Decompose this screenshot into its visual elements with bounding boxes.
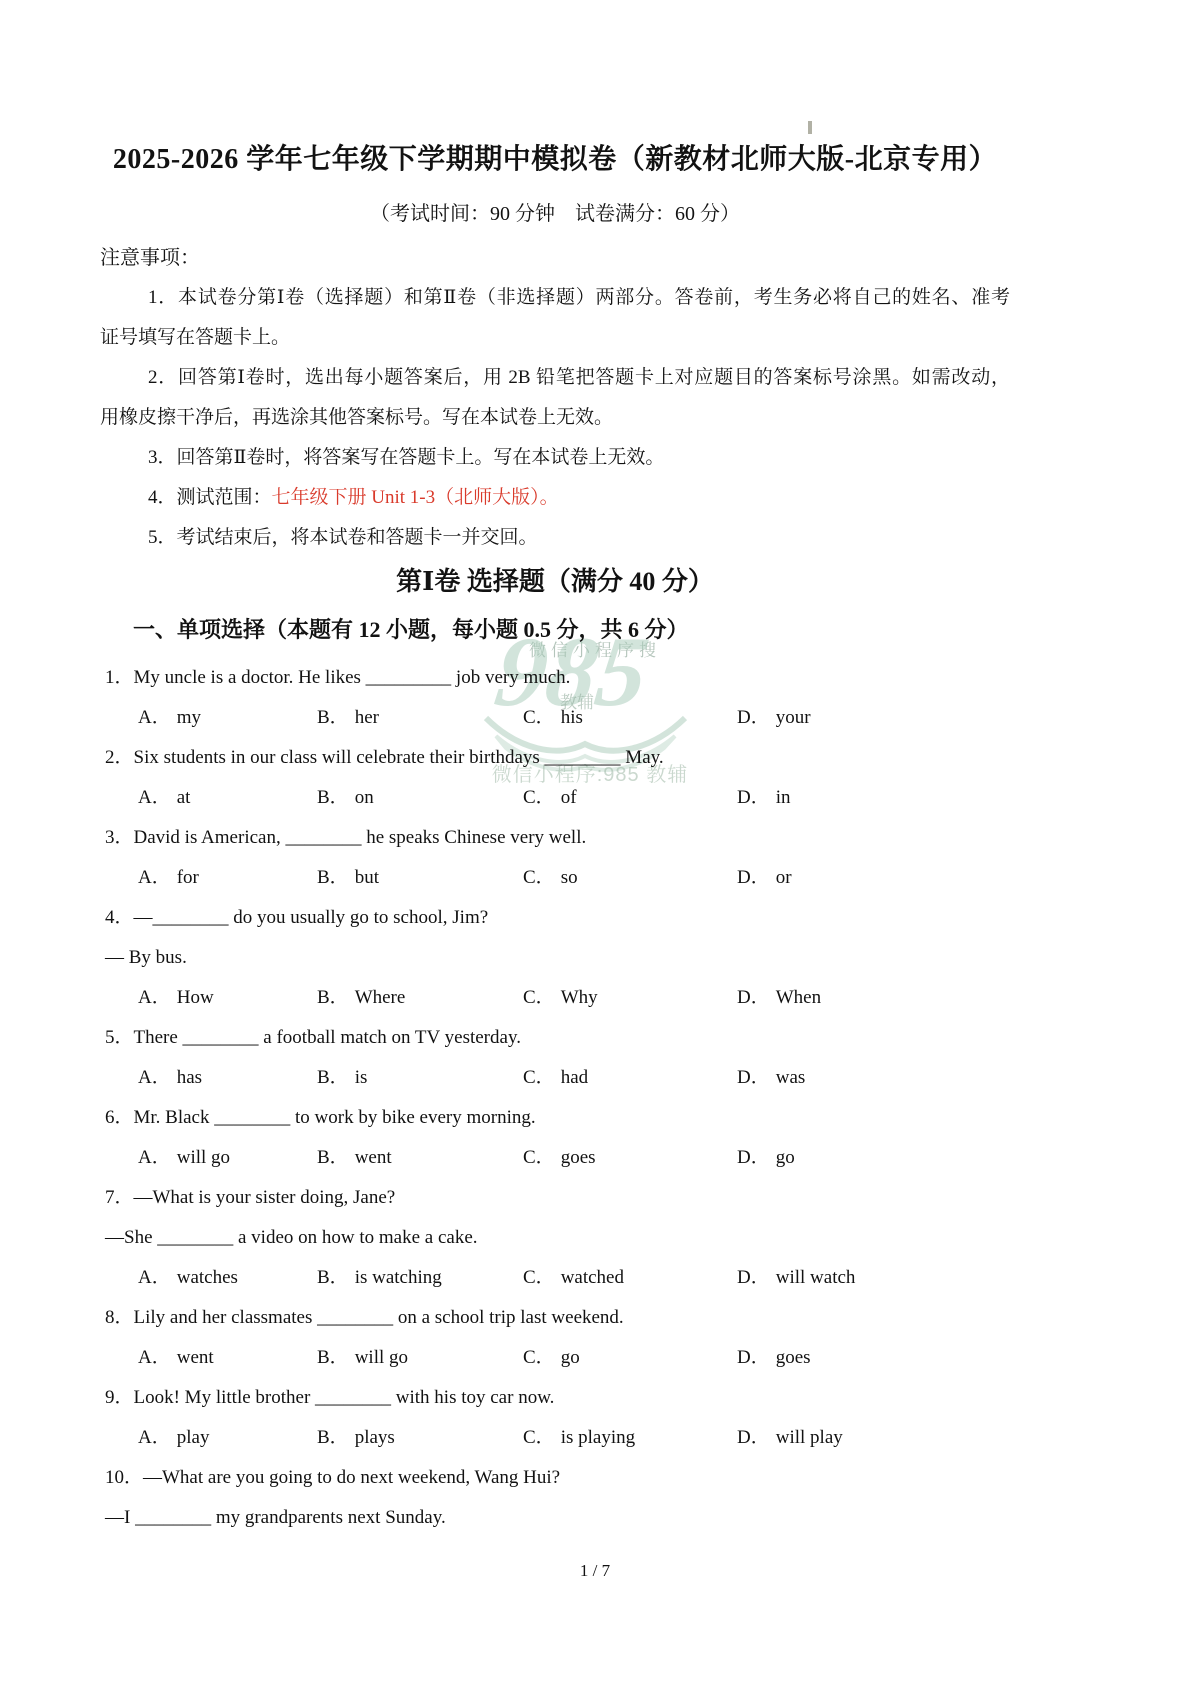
option-text: went [177, 1347, 214, 1368]
option-text: play [177, 1427, 210, 1448]
options-row: A．myB．herC．hisD．your [100, 698, 1010, 738]
option-B: B．on [317, 778, 523, 818]
option-D: D．will watch [737, 1258, 1010, 1298]
option-text: had [561, 1067, 588, 1088]
option-text: but [355, 867, 379, 888]
question-block: 5．There ________ a football match on TV … [100, 1018, 1010, 1098]
option-text: will watch [776, 1267, 856, 1288]
notice-text: 3．回答第Ⅱ卷时，将答案写在答题卡上。写在本试卷上无效。 [148, 447, 664, 468]
option-C: C．goes [523, 1138, 737, 1178]
question-stem: 2．Six students in our class will celebra… [100, 738, 1010, 778]
option-D: D．your [737, 698, 1010, 738]
option-label: A． [138, 1138, 171, 1178]
option-C: C．of [523, 778, 737, 818]
option-label: C． [523, 1418, 555, 1458]
question-list: 1．My uncle is a doctor. He likes _______… [100, 658, 1010, 1538]
option-text: plays [355, 1427, 395, 1448]
question-stem: 4．—________ do you usually go to school,… [100, 898, 1010, 938]
options-row: A．atB．onC．ofD．in [100, 778, 1010, 818]
option-label: C． [523, 978, 555, 1018]
question-stem: 6．Mr. Black ________ to work by bike eve… [100, 1098, 1010, 1138]
option-label: A． [138, 1338, 171, 1378]
option-label: C． [523, 1338, 555, 1378]
option-B: B．will go [317, 1338, 523, 1378]
options-row: A．forB．butC．soD．or [100, 858, 1010, 898]
option-text: was [776, 1067, 806, 1088]
option-D: D．goes [737, 1338, 1010, 1378]
page-number: 1 / 7 [0, 1552, 1190, 1590]
option-label: B． [317, 1138, 349, 1178]
option-text: your [776, 707, 811, 728]
option-text: his [561, 707, 583, 728]
option-D: D．will play [737, 1418, 1010, 1458]
question-stem: 8．Lily and her classmates ________ on a … [100, 1298, 1010, 1338]
options-row: A．watchesB．is watchingC．watchedD．will wa… [100, 1258, 1010, 1298]
option-text: Where [355, 987, 406, 1008]
option-text: goes [776, 1347, 811, 1368]
notice-line: 3．回答第Ⅱ卷时，将答案写在答题卡上。写在本试卷上无效。 [100, 438, 1010, 478]
option-D: D．or [737, 858, 1010, 898]
question-block: 7．—What is your sister doing, Jane?—She … [100, 1178, 1010, 1298]
option-label: B． [317, 778, 349, 818]
question-block: 10．—What are you going to do next weeken… [100, 1458, 1010, 1538]
option-text: go [561, 1347, 580, 1368]
options-row: A．HowB．WhereC．WhyD．When [100, 978, 1010, 1018]
question-block: 6．Mr. Black ________ to work by bike eve… [100, 1098, 1010, 1178]
option-text: my [177, 707, 201, 728]
question-stem: 10．—What are you going to do next weeken… [100, 1458, 1010, 1498]
option-label: C． [523, 1138, 555, 1178]
question-reply-line: — By bus. [100, 938, 1010, 978]
question-block: 1．My uncle is a doctor. He likes _______… [100, 658, 1010, 738]
notice-list: 1．本试卷分第Ⅰ卷（选择题）和第Ⅱ卷（非选择题）两部分。答卷前，考生务必将自己的… [100, 278, 1010, 558]
question-block: 2．Six students in our class will celebra… [100, 738, 1010, 818]
option-label: D． [737, 698, 770, 738]
option-text: Why [561, 987, 598, 1008]
option-B: B．plays [317, 1418, 523, 1458]
option-label: C． [523, 698, 555, 738]
option-text: will go [355, 1347, 408, 1368]
option-C: C．Why [523, 978, 737, 1018]
option-C: C．had [523, 1058, 737, 1098]
options-row: A．will goB．wentC．goesD．go [100, 1138, 1010, 1178]
option-label: D． [737, 1338, 770, 1378]
notice-line: 4．测试范围：七年级下册 Unit 1-3（北师大版）。 [100, 478, 1010, 518]
option-B: B．went [317, 1138, 523, 1178]
option-C: C．go [523, 1338, 737, 1378]
option-text: or [776, 867, 792, 888]
option-text: will play [776, 1427, 843, 1448]
page-title: 2025-2026 学年七年级下学期期中模拟卷（新教材北师大版-北京专用） [100, 0, 1010, 182]
question-block: 4．—________ do you usually go to school,… [100, 898, 1010, 1018]
option-A: A．my [138, 698, 317, 738]
notice-text: 1．本试卷分第Ⅰ卷（选择题）和第Ⅱ卷（非选择题）两部分。答卷前，考生务必将自己的… [148, 287, 1010, 308]
option-label: A． [138, 778, 171, 818]
options-row: A．playB．playsC．is playingD．will play [100, 1418, 1010, 1458]
option-text: When [776, 987, 821, 1008]
option-text: will go [177, 1147, 230, 1168]
notice-text: 2．回答第Ⅰ卷时，选出每小题答案后，用 2B 铅笔把答题卡上对应题目的答案标号涂… [148, 367, 1010, 388]
notice-line: 1．本试卷分第Ⅰ卷（选择题）和第Ⅱ卷（非选择题）两部分。答卷前，考生务必将自己的… [100, 278, 1010, 318]
question-block: 3．David is American, ________ he speaks … [100, 818, 1010, 898]
option-D: D．go [737, 1138, 1010, 1178]
option-label: D． [737, 1258, 770, 1298]
option-C: C．watched [523, 1258, 737, 1298]
exam-page: 2025-2026 学年七年级下学期期中模拟卷（新教材北师大版-北京专用） （考… [0, 0, 1190, 1590]
notice-text: 证号填写在答题卡上。 [100, 327, 290, 348]
option-A: A．will go [138, 1138, 317, 1178]
option-label: D． [737, 1058, 770, 1098]
option-text: watched [561, 1267, 624, 1288]
option-label: B． [317, 1258, 349, 1298]
option-A: A．went [138, 1338, 317, 1378]
notice-heading: 注意事项： [100, 238, 1010, 278]
notice-line: 用橡皮擦干净后，再选涂其他答案标号。写在本试卷上无效。 [100, 398, 1010, 438]
notice-text: 用橡皮擦干净后，再选涂其他答案标号。写在本试卷上无效。 [100, 407, 613, 428]
option-label: C． [523, 778, 555, 818]
notice-line: 2．回答第Ⅰ卷时，选出每小题答案后，用 2B 铅笔把答题卡上对应题目的答案标号涂… [100, 358, 1010, 398]
question-stem: 7．—What is your sister doing, Jane? [100, 1178, 1010, 1218]
option-label: A． [138, 978, 171, 1018]
option-A: A．for [138, 858, 317, 898]
option-text: is playing [561, 1427, 635, 1448]
option-label: D． [737, 778, 770, 818]
option-text: her [355, 707, 379, 728]
option-label: D． [737, 858, 770, 898]
notice-line: 证号填写在答题卡上。 [100, 318, 1010, 358]
notice-line: 5．考试结束后，将本试卷和答题卡一并交回。 [100, 518, 1010, 558]
option-text: for [177, 867, 199, 888]
options-row: A．hasB．isC．hadD．was [100, 1058, 1010, 1098]
notice-text: 4．测试范围： [148, 487, 272, 508]
option-B: B．her [317, 698, 523, 738]
notice-text: 5．考试结束后，将本试卷和答题卡一并交回。 [148, 527, 538, 548]
option-text: go [776, 1147, 795, 1168]
option-label: A． [138, 698, 171, 738]
option-label: A． [138, 1058, 171, 1098]
question-block: 8．Lily and her classmates ________ on a … [100, 1298, 1010, 1378]
option-label: D． [737, 978, 770, 1018]
option-text: at [177, 787, 191, 808]
part1-heading: 一、单项选择（本题有 12 小题，每小题 0.5 分，共 6 分） [100, 606, 1010, 654]
option-label: D． [737, 1138, 770, 1178]
option-D: D．When [737, 978, 1010, 1018]
option-label: C． [523, 1058, 555, 1098]
option-C: C．is playing [523, 1418, 737, 1458]
question-stem: 5．There ________ a football match on TV … [100, 1018, 1010, 1058]
option-label: A． [138, 1258, 171, 1298]
option-A: A．play [138, 1418, 317, 1458]
option-label: A． [138, 1418, 171, 1458]
options-row: A．wentB．will goC．goD．goes [100, 1338, 1010, 1378]
option-label: B． [317, 1338, 349, 1378]
question-stem: 3．David is American, ________ he speaks … [100, 818, 1010, 858]
option-text: went [355, 1147, 392, 1168]
question-reply-line: —I ________ my grandparents next Sunday. [100, 1498, 1010, 1538]
option-text: has [177, 1067, 202, 1088]
question-block: 9．Look! My little brother ________ with … [100, 1378, 1010, 1458]
question-stem: 1．My uncle is a doctor. He likes _______… [100, 658, 1010, 698]
option-label: B． [317, 978, 349, 1018]
option-B: B．Where [317, 978, 523, 1018]
option-label: B． [317, 698, 349, 738]
question-stem: 9．Look! My little brother ________ with … [100, 1378, 1010, 1418]
option-A: A．watches [138, 1258, 317, 1298]
option-text: so [561, 867, 578, 888]
option-label: A． [138, 858, 171, 898]
section1-heading: 第Ⅰ卷 选择题（满分 40 分） [100, 558, 1010, 606]
option-label: D． [737, 1418, 770, 1458]
option-A: A．at [138, 778, 317, 818]
option-text: is watching [355, 1267, 442, 1288]
option-A: A．How [138, 978, 317, 1018]
option-text: How [177, 987, 214, 1008]
option-B: B．but [317, 858, 523, 898]
option-text: of [561, 787, 577, 808]
option-C: C．his [523, 698, 737, 738]
option-D: D．in [737, 778, 1010, 818]
option-label: C． [523, 1258, 555, 1298]
option-text: goes [561, 1147, 596, 1168]
option-label: B． [317, 1058, 349, 1098]
option-A: A．has [138, 1058, 317, 1098]
option-label: B． [317, 858, 349, 898]
option-D: D．was [737, 1058, 1010, 1098]
option-text: on [355, 787, 374, 808]
exam-time-score-line: （考试时间：90 分钟 试卷满分：60 分） [100, 194, 1010, 234]
option-B: B．is watching [317, 1258, 523, 1298]
option-text: in [776, 787, 791, 808]
option-text: is [355, 1067, 368, 1088]
notice-highlight-text: 七年级下册 Unit 1-3（北师大版）。 [272, 487, 559, 508]
question-reply-line: —She ________ a video on how to make a c… [100, 1218, 1010, 1258]
option-label: C． [523, 858, 555, 898]
option-text: watches [177, 1267, 238, 1288]
option-B: B．is [317, 1058, 523, 1098]
option-label: B． [317, 1418, 349, 1458]
option-C: C．so [523, 858, 737, 898]
